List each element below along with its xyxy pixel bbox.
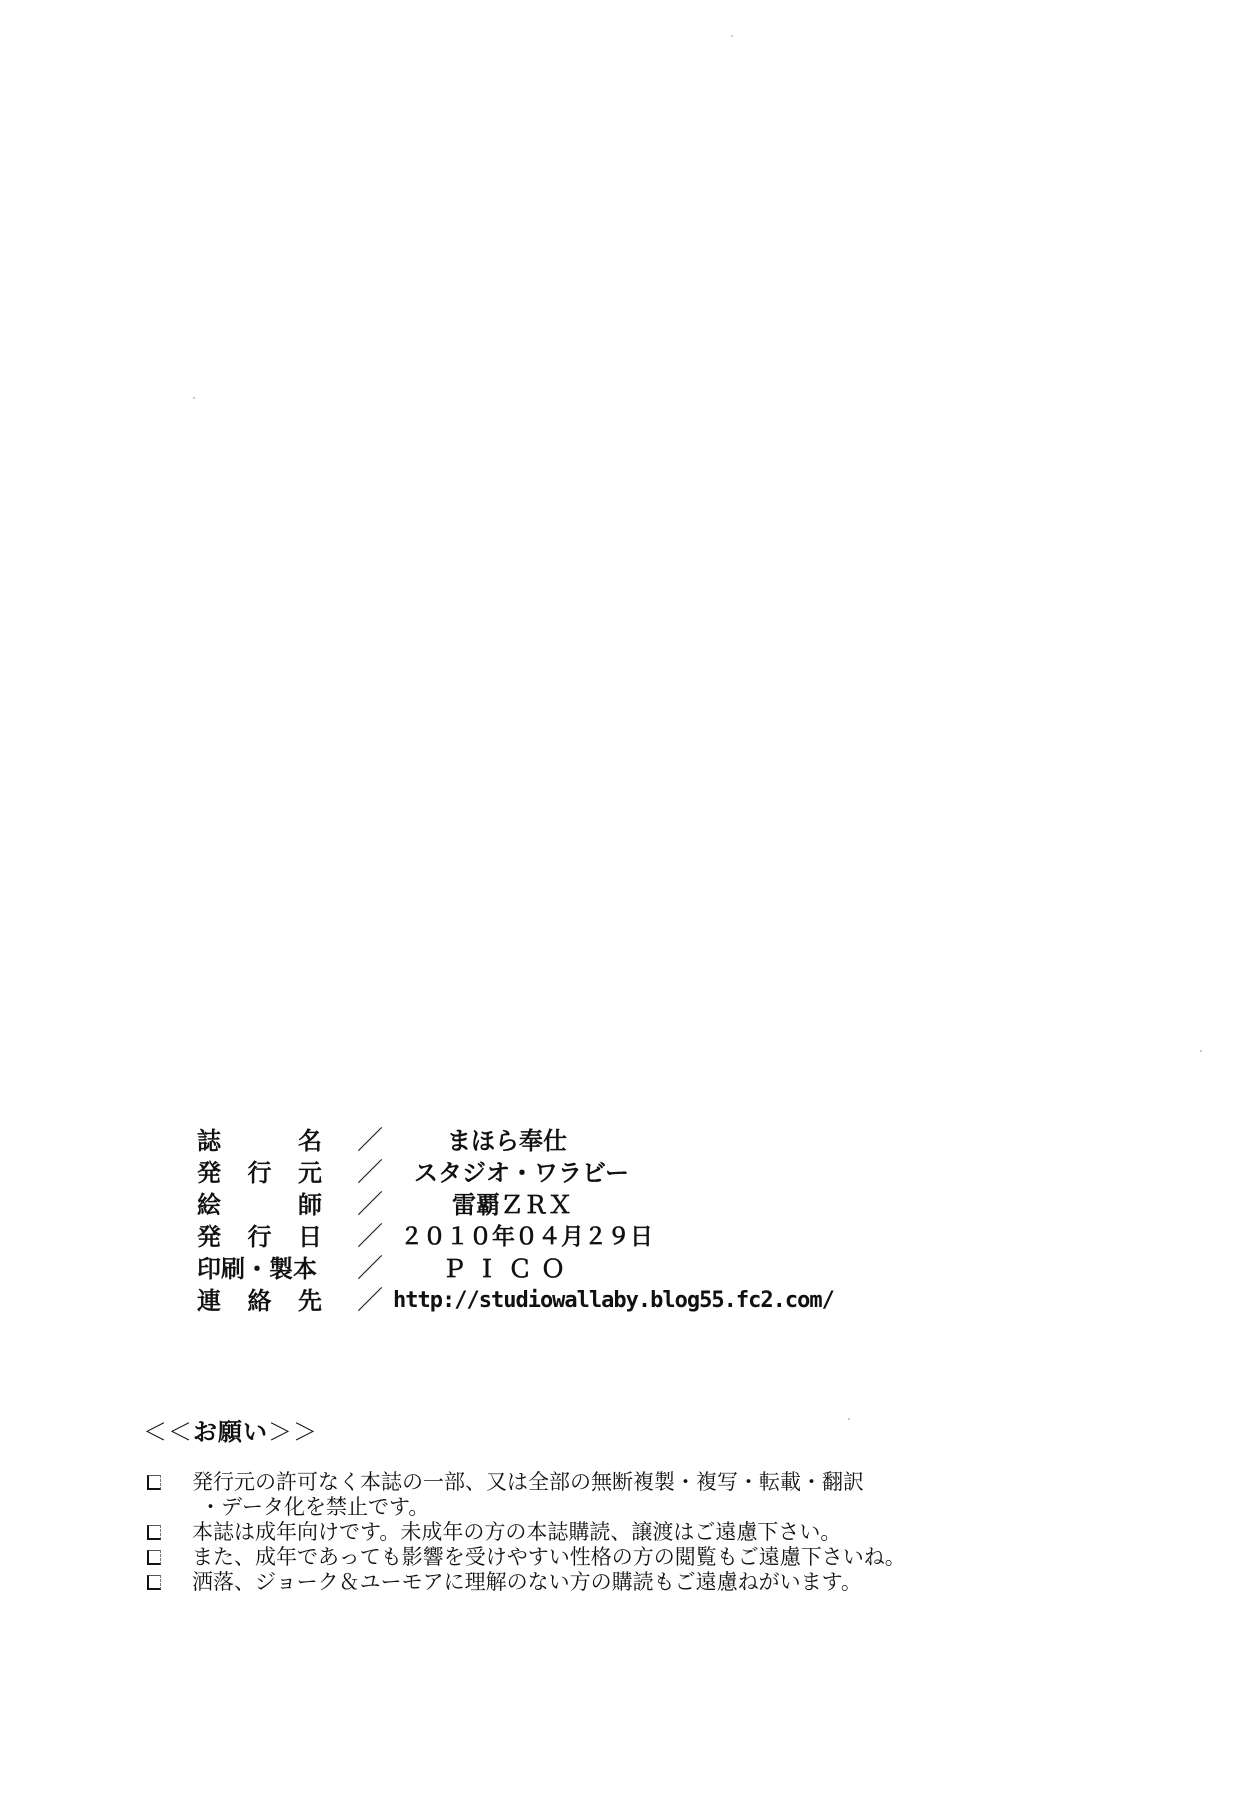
notice-item: 本誌は成年向けです。未成年の方の本誌購読、譲渡はご遠慮下さい。: [143, 1520, 318, 1545]
checkbox-icon: [147, 1550, 161, 1565]
notice-item: また、成年であっても影響を受けやすい性格の方の閲覧もご遠慮下さいね。: [143, 1545, 318, 1570]
checkbox-icon: [147, 1575, 161, 1590]
artist-value: 雷覇ＺＲＸ: [452, 1189, 572, 1221]
separator: ／: [357, 1189, 383, 1221]
checkbox-icon: [147, 1525, 161, 1540]
notice-list: 発行元の許可なく本誌の一部、又は全部の無断複製・複写・転載・翻訳 ・データ化を禁…: [143, 1470, 318, 1595]
row-label: 発 行 日: [197, 1221, 322, 1253]
row-label: 誌 名: [197, 1125, 322, 1157]
scan-speck: [193, 397, 195, 399]
publisher-value: スタジオ・ワラビー: [414, 1157, 629, 1189]
notice-section: ＜＜お願い＞＞ 発行元の許可なく本誌の一部、又は全部の無断複製・複写・転載・翻訳…: [143, 1415, 318, 1595]
title-value: まほら奉仕: [447, 1125, 567, 1157]
row-label: 連 絡 先: [197, 1285, 322, 1317]
contact-url[interactable]: http://studiowallaby.blog55.fc2.com/: [393, 1285, 834, 1317]
notice-item: 洒落、ジョーク＆ユーモアに理解のない方の購読もご遠慮ねがいます。: [143, 1570, 318, 1595]
row-label: 絵 師: [197, 1189, 322, 1221]
scan-speck: [1200, 1050, 1202, 1052]
printer-value: ＰＩＣＯ: [442, 1253, 574, 1285]
separator: ／: [357, 1285, 383, 1317]
scan-speck: [731, 35, 733, 37]
separator: ／: [357, 1125, 383, 1157]
checkbox-icon: [147, 1475, 161, 1490]
scan-speck: [848, 1418, 850, 1420]
date-value: ２０１０年０４月２９日: [400, 1221, 653, 1253]
row-label: 印刷・製本: [197, 1253, 322, 1285]
notice-heading: ＜＜お願い＞＞: [143, 1415, 318, 1449]
separator: ／: [357, 1253, 383, 1285]
row-label: 発 行 元: [197, 1157, 322, 1189]
notice-item: 発行元の許可なく本誌の一部、又は全部の無断複製・複写・転載・翻訳: [143, 1470, 318, 1495]
notice-item-continuation: ・データ化を禁止です。: [143, 1495, 318, 1520]
separator: ／: [357, 1157, 383, 1189]
separator: ／: [357, 1221, 383, 1253]
